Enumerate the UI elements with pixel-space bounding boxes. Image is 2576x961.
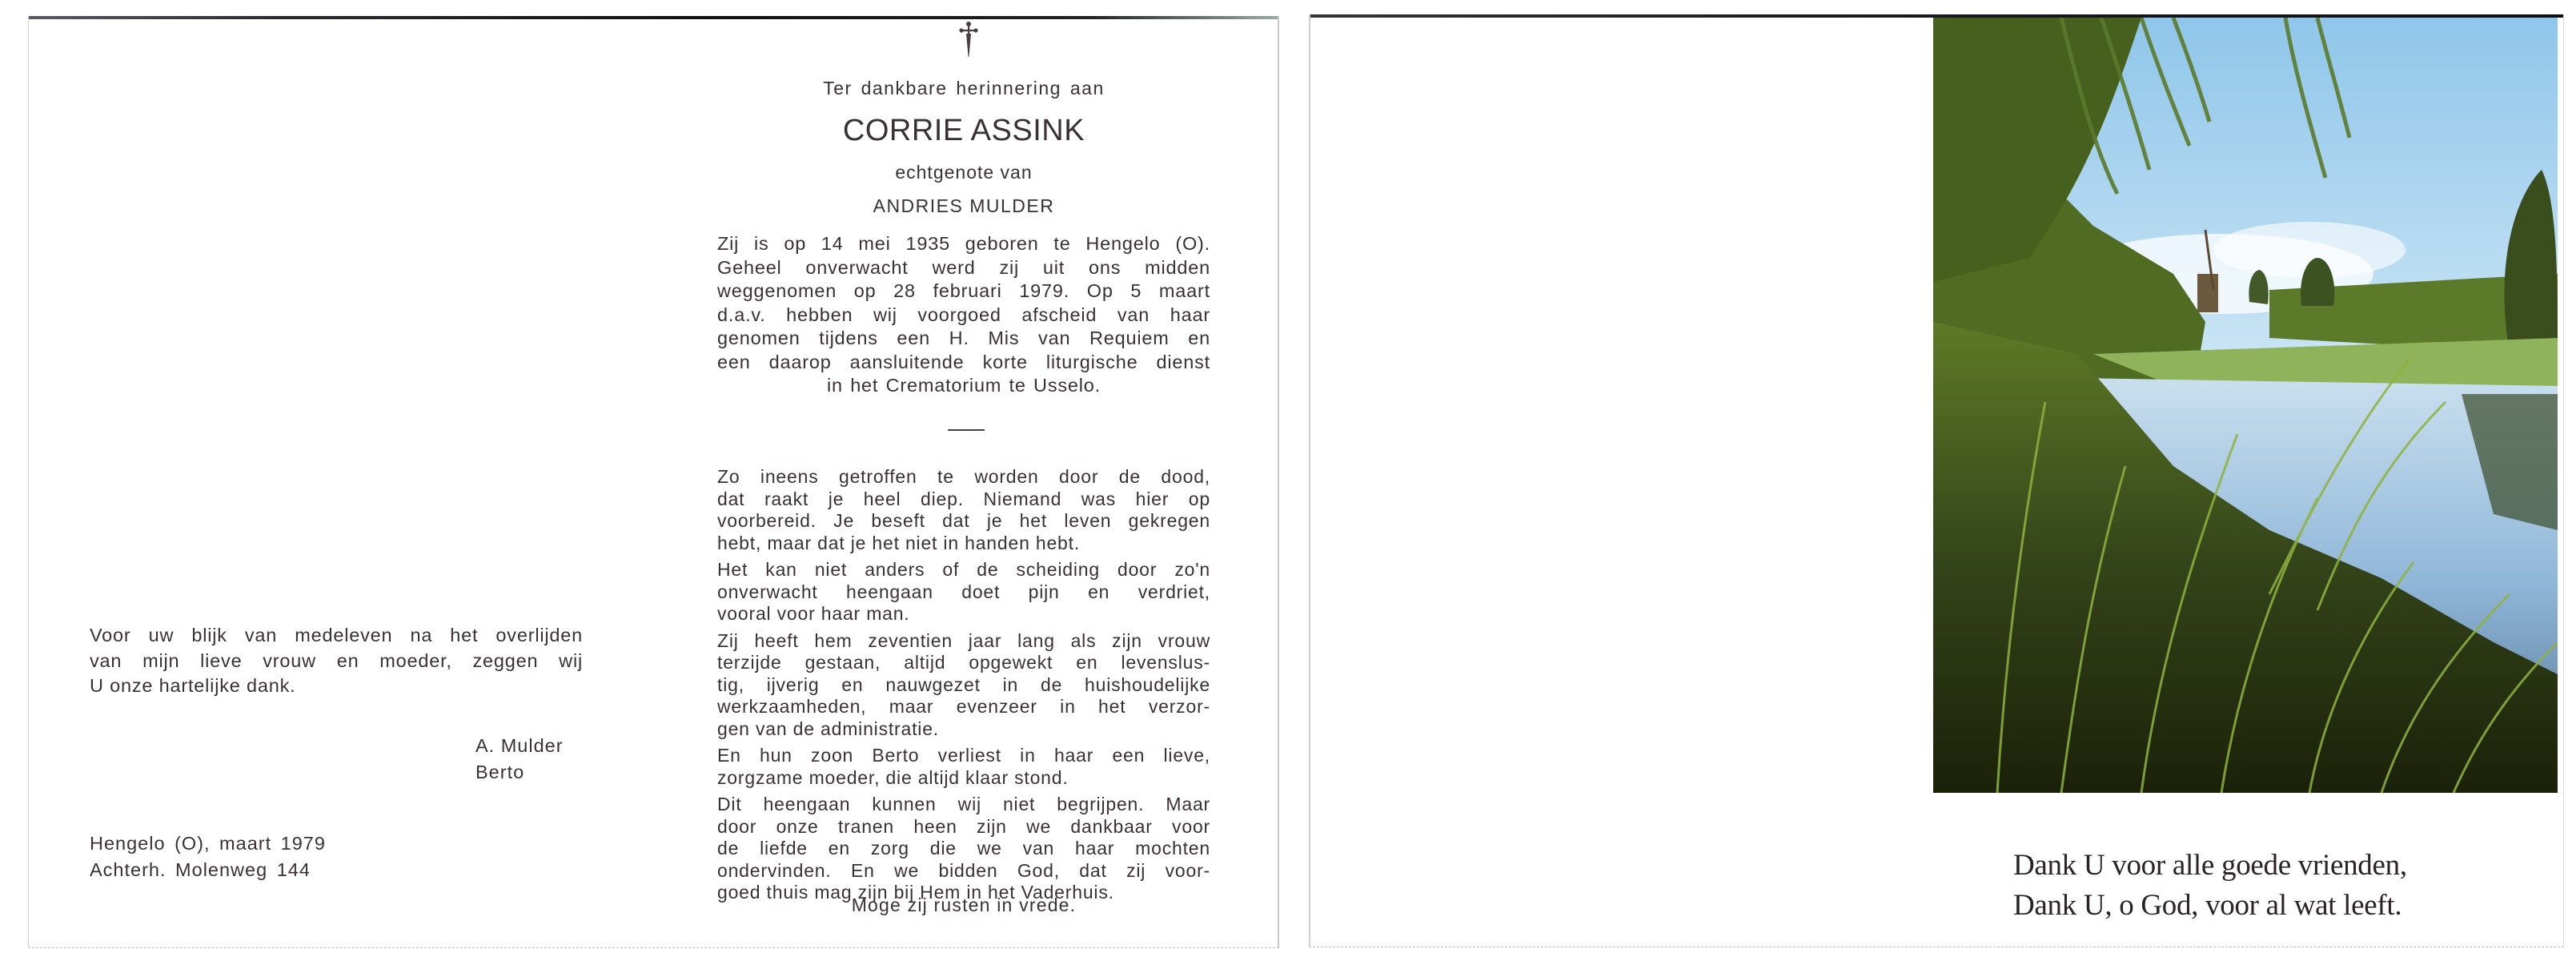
poem-line: Dit heengaan kunnen wij niet begrijpen. …: [717, 794, 1210, 816]
poem-line: door onze tranen heen zijn we dankbaar v…: [717, 816, 1210, 838]
acknowledgement-line: Voor uw blijk van medeleven na het overl…: [90, 623, 583, 649]
acknowledgement-line: van mijn lieve vrouw en moeder, zeggen w…: [90, 649, 583, 674]
poem-line: onverwacht heengaan doet pijn en verdrie…: [717, 581, 1210, 604]
spouse-name: ANDRIES MULDER: [717, 195, 1210, 217]
poem-line: Het kan niet anders of de scheiding door…: [717, 559, 1210, 581]
acknowledgement: Voor uw blijk van medeleven na het overl…: [90, 623, 583, 699]
place-and-address: Hengelo (O), maart 1979 Achterh. Molenwe…: [90, 830, 326, 883]
poem-line: ondervinden. En we bidden God, dat zij v…: [717, 860, 1210, 883]
poem-line: vooral voor haar man.: [717, 603, 1210, 625]
cross-icon: [959, 21, 978, 58]
biography-line: weggenomen op 28 februari 1979. Op 5 maa…: [717, 279, 1210, 304]
caption: Dank U voor alle goede vrienden, Dank U,…: [2013, 846, 2407, 926]
poem-line: Zo ineens getroffen te worden door de do…: [717, 466, 1210, 489]
canal-windmill-image: [1933, 18, 2558, 793]
spouse-prefix: echtgenote van: [717, 162, 1210, 183]
poem-line: hebt, maar dat je het niet in handen heb…: [717, 533, 1210, 555]
poem-line: de liefde en zorg die we van haar mochte…: [717, 838, 1210, 860]
acknowledgement-line: U onze hartelijke dank.: [90, 674, 583, 699]
landscape-photo: [1933, 18, 2558, 793]
biography-line: genomen tijdens een H. Mis van Requiem e…: [717, 327, 1210, 351]
poem-paragraph: Zij heeft hem zeventien jaar lang als zi…: [717, 630, 1210, 741]
deceased-name: CORRIE ASSINK: [717, 114, 1210, 148]
poem-paragraph: En hun zoon Berto verliest in haar een l…: [717, 745, 1210, 789]
poem-line: En hun zoon Berto verliest in haar een l…: [717, 745, 1210, 767]
biography-line: Geheel onverwacht werd zij uit ons midde…: [717, 256, 1210, 280]
poem-paragraph: Dit heengaan kunnen wij niet begrijpen. …: [717, 794, 1210, 904]
biography: Zij is op 14 mei 1935 geboren te Hengelo…: [717, 232, 1210, 398]
poem-line: Zij heeft hem zeventien jaar lang als zi…: [717, 630, 1210, 653]
poem-line: zorgzame moeder, die altijd klaar stond.: [717, 767, 1210, 790]
poem-line: terzijde gestaan, altijd opgewekt en lev…: [717, 652, 1210, 674]
card-top-edge: [29, 16, 1278, 19]
section-divider: [948, 429, 985, 431]
signatories: A. Mulder Berto: [475, 733, 564, 786]
closing-text: Moge zij rusten in vrede.: [717, 895, 1210, 916]
place-date: Hengelo (O), maart 1979: [90, 830, 326, 857]
poem-line: voorbereid. Je beseft dat je het leven g…: [717, 510, 1210, 533]
poem: Zo ineens getroffen te worden door de do…: [717, 466, 1210, 909]
address: Achterh. Molenweg 144: [90, 857, 326, 883]
caption-line: Dank U, o God, voor al wat leeft.: [2013, 886, 2407, 926]
biography-line: d.a.v. hebben wij voorgoed afscheid van …: [717, 304, 1210, 328]
poem-line: gen van de administratie.: [717, 718, 1210, 741]
signatory: Berto: [475, 759, 564, 786]
caption-line: Dank U voor alle goede vrienden,: [2013, 846, 2407, 886]
poem-line: tig, ijverig en nauwgezet in de huishoud…: [717, 674, 1210, 697]
biography-line: een daarop aansluitende korte liturgisch…: [717, 351, 1210, 375]
poem-paragraph: Zo ineens getroffen te worden door de do…: [717, 466, 1210, 554]
biography-line: in het Crematorium te Usselo.: [717, 374, 1210, 398]
poem-line: dat raakt je heel diep. Niemand was hier…: [717, 489, 1210, 511]
signatory: A. Mulder: [475, 733, 564, 759]
intro-text: Ter dankbare herinnering aan: [717, 78, 1210, 99]
poem-paragraph: Het kan niet anders of de scheiding door…: [717, 559, 1210, 625]
biography-line: Zij is op 14 mei 1935 geboren te Hengelo…: [717, 232, 1210, 256]
poem-line: werkzaamheden, maar evenzeer in het verz…: [717, 696, 1210, 718]
